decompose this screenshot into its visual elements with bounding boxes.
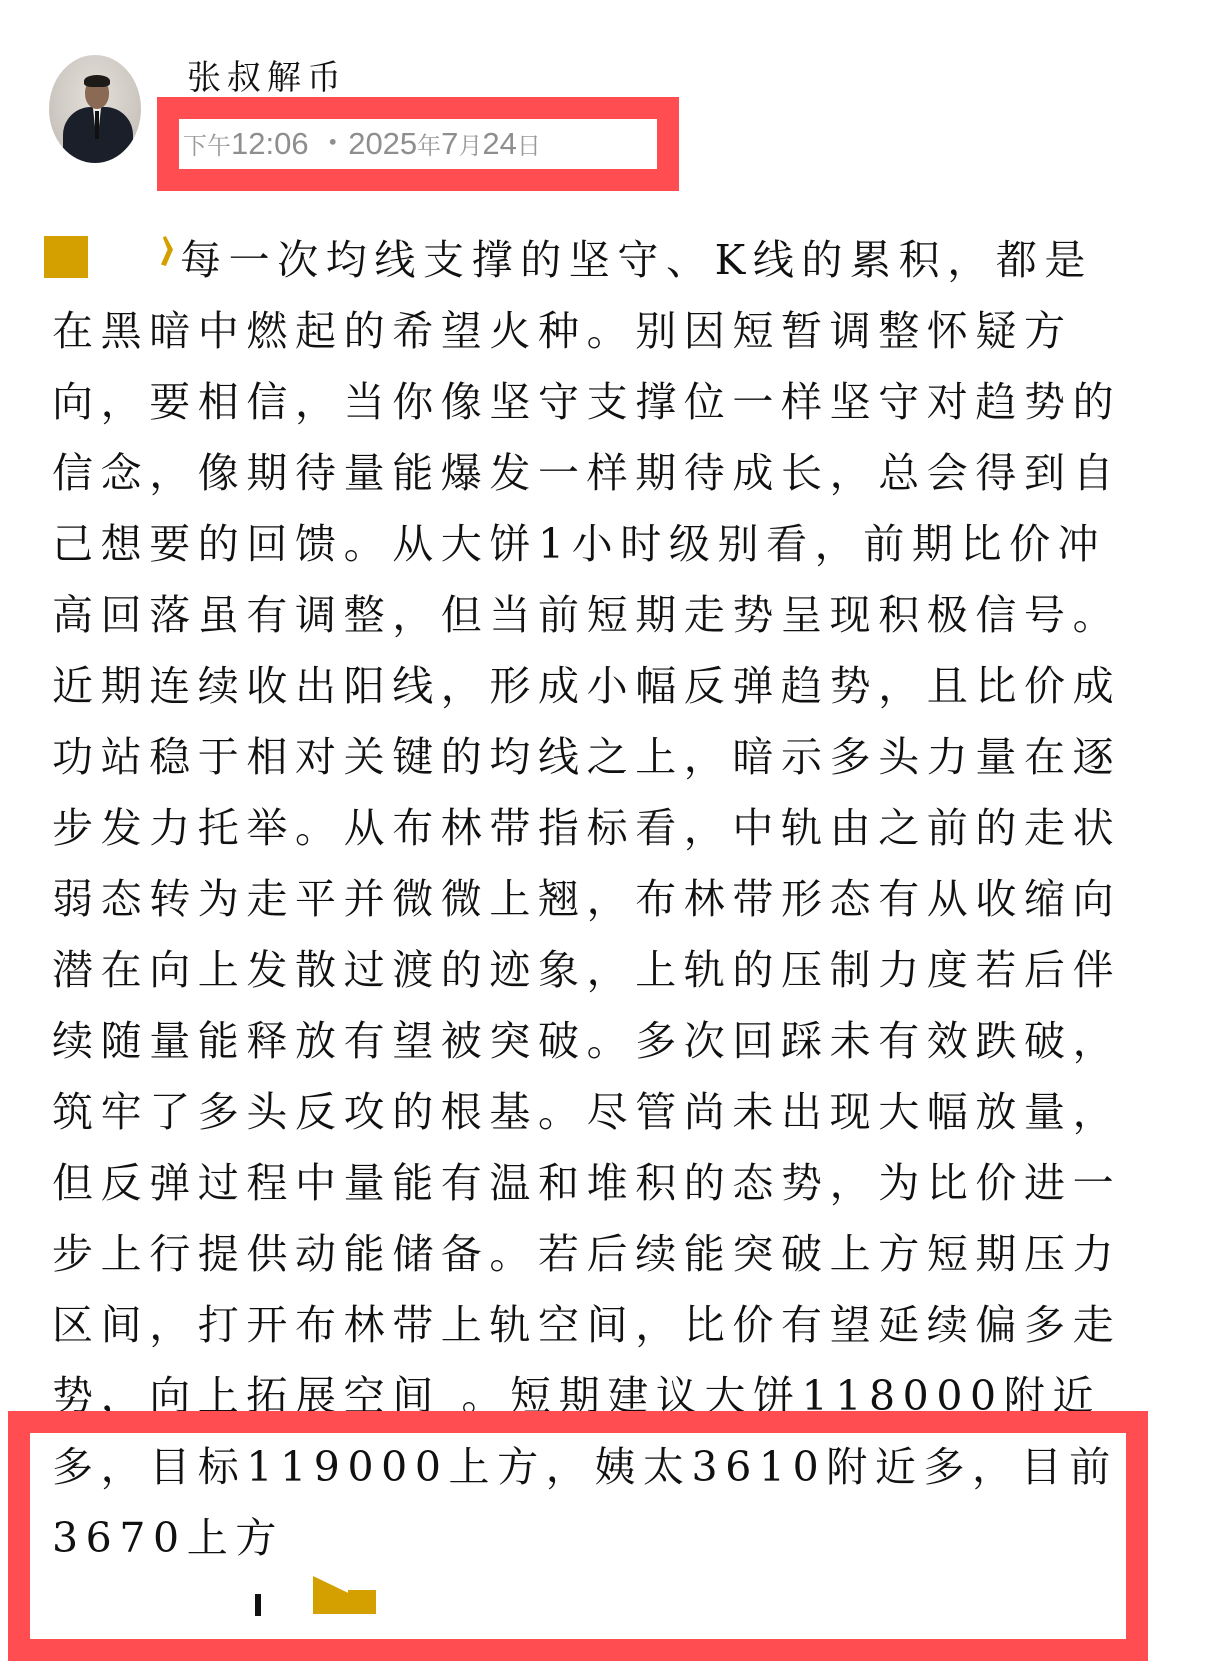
author-name[interactable]: 张叔解币 — [187, 58, 347, 98]
body-line: 在黑暗中燃起的希望火种。别因短暂调整怀疑方 — [52, 296, 1172, 367]
body-line: 每一次均线支撑的坚守、K线的累积，都是 — [52, 225, 1172, 296]
body-line: 高回落虽有调整，但当前短期走势呈现积极信号。 — [52, 580, 1172, 651]
timestamp-year: 2025 — [348, 126, 417, 161]
timestamp-year-unit: 年 — [417, 132, 441, 160]
body-line: 功站稳于相对关键的均线之上，暗示多头力量在逐 — [52, 722, 1172, 793]
body-line: 但反弹过程中量能有温和堆积的态势，为比价进一 — [52, 1148, 1172, 1219]
emoji-flag-icon — [348, 1590, 376, 1614]
body-line: 信念，像期待量能爆发一样期待成长，总会得到自 — [52, 438, 1172, 509]
timestamp-period: 下午 — [183, 132, 231, 160]
avatar-tie-shape — [95, 111, 99, 139]
body-line: 步上行提供动能储备。若后续能突破上方短期压力 — [52, 1219, 1172, 1290]
trade-suggestion-highlight-frame — [8, 1411, 1148, 1661]
body-line: 近期连续收出阳线，形成小幅反弹趋势，且比价成 — [52, 651, 1172, 722]
timestamp-month: 7 — [441, 126, 458, 161]
body-line: 筑牢了多头反攻的根基。尽管尚未出现大幅放量， — [52, 1077, 1172, 1148]
body-line: 步发力托举。从布林带指标看，中轨由之前的走状 — [52, 793, 1172, 864]
body-line: 弱态转为走平并微微上翘，布林带形态有从收缩向 — [52, 864, 1172, 935]
timestamp-day: 24 — [482, 126, 516, 161]
timestamp-separator: ・ — [317, 126, 348, 161]
body-line: 潜在向上发散过渡的迹象，上轨的压制力度若后伴 — [52, 935, 1172, 1006]
body-line: 向，要相信，当你像坚守支撑位一样坚守对趋势的 — [52, 367, 1172, 438]
body-line: 续随量能释放有望被突破。多次回踩未有效跌破， — [52, 1006, 1172, 1077]
post-timestamp: 下午12:06 ・2025年7月24日 — [183, 121, 541, 167]
emoji-fragment-icon — [255, 1594, 261, 1616]
timestamp-time: 12:06 — [231, 126, 309, 161]
timestamp-month-unit: 月 — [458, 132, 482, 160]
post-body: 每一次均线支撑的坚守、K线的累积，都是 在黑暗中燃起的希望火种。别因短暂调整怀疑… — [52, 225, 1172, 1574]
author-avatar[interactable] — [49, 55, 141, 163]
avatar-hair-shape — [84, 75, 110, 87]
body-line: 区间，打开布林带上轨空间，比价有望延续偏多走 — [52, 1290, 1172, 1361]
body-line: 己想要的回馈。从大饼1小时级别看，前期比价冲 — [52, 509, 1172, 580]
timestamp-day-unit: 日 — [517, 132, 541, 160]
